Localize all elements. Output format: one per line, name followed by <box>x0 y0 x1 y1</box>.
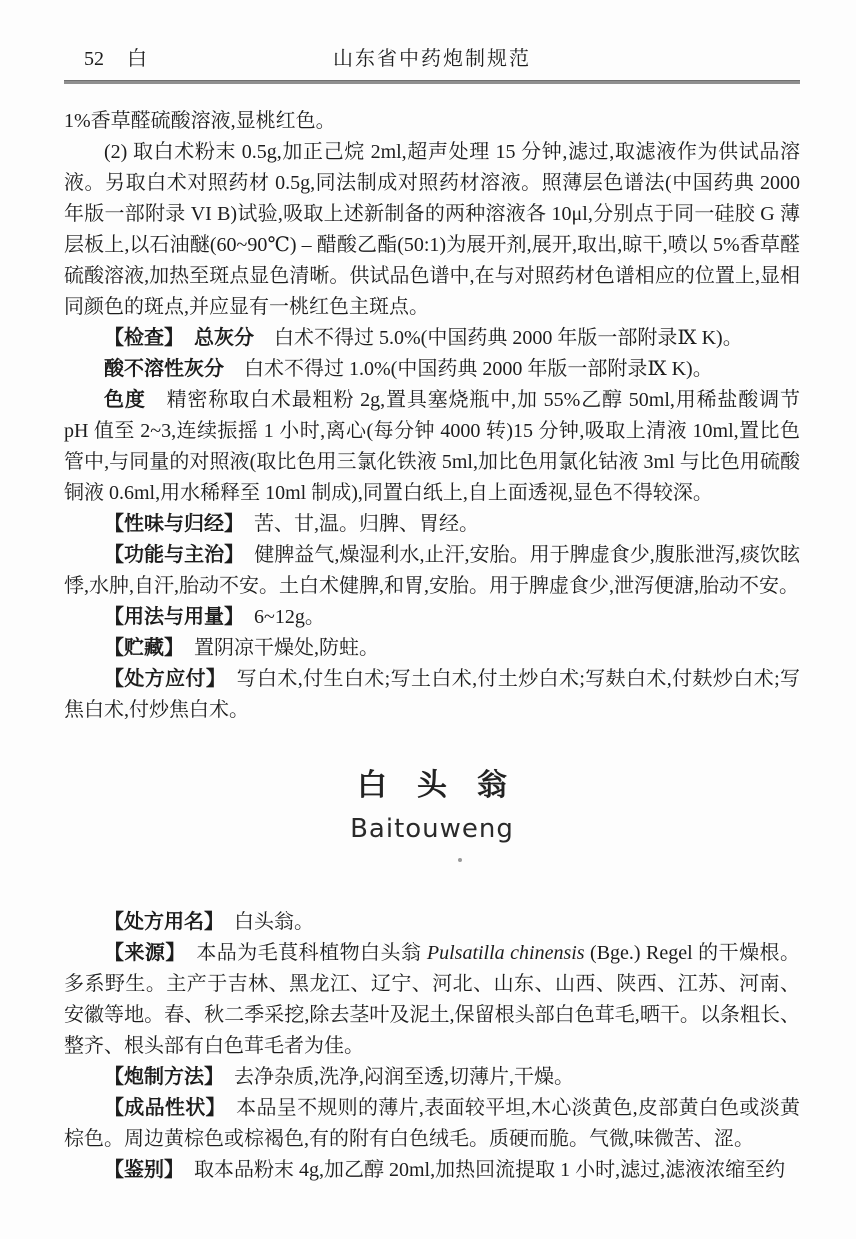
running-head: 52 白 山东省中药炮制规范 <box>64 46 800 72</box>
text-segment: 酸不溶性灰分 <box>104 358 224 380</box>
paragraph: 【处方用名】 白头翁。 <box>64 907 800 938</box>
text-segment: 白术不得过 5.0%(中国药典 2000 年版一部附录Ⅸ K)。 <box>254 327 743 349</box>
paragraph: (2) 取白术粉末 0.5g,加正己烷 2ml,超声处理 15 分钟,滤过,取滤… <box>64 137 800 323</box>
section-label: 【炮制方法】 <box>104 1066 214 1088</box>
paragraph: 【成品性状】 本品呈不规则的薄片,表面较平坦,木心淡黄色,皮部黄白色或淡黄棕色。… <box>64 1093 800 1155</box>
paragraph: 【检查】 总灰分 白术不得过 5.0%(中国药典 2000 年版一部附录Ⅸ K)… <box>64 323 800 354</box>
header-rule <box>64 80 800 84</box>
text-segment: Pulsatilla chinensis <box>427 942 585 964</box>
section-label: 【来源】 <box>104 942 176 964</box>
section-label: 【性味与归经】 <box>104 513 234 535</box>
paragraph: 【用法与用量】 6~12g。 <box>64 602 800 633</box>
text-segment: 总灰分 <box>174 327 254 349</box>
scan-artifact-dot <box>458 858 462 862</box>
baizhu-text-block: 1%香草醛硫酸溶液,显桃红色。(2) 取白术粉末 0.5g,加正己烷 2ml,超… <box>64 106 800 726</box>
text-segment: 白术不得过 1.0%(中国药典 2000 年版一部附录Ⅸ K)。 <box>224 358 713 380</box>
text-segment: 取本品粉末 4g,加乙醇 20ml,加热回流提取 1 小时,滤过,滤液浓缩至约 <box>174 1159 785 1181</box>
section-label: 【处方应付】 <box>104 668 216 690</box>
drug-heading: 白 头 翁 Baitouweng <box>64 768 800 845</box>
paragraph: 【贮藏】 置阴凉干燥处,防蛀。 <box>64 633 800 664</box>
paragraph: 【功能与主治】 健脾益气,燥湿利水,止汗,安胎。用于脾虚食少,腹胀泄泻,痰饮眩悸… <box>64 540 800 602</box>
section-label: 【成品性状】 <box>104 1097 216 1119</box>
page-content: 52 白 山东省中药炮制规范 1%香草醛硫酸溶液,显桃红色。(2) 取白术粉末 … <box>64 0 800 1186</box>
text-segment: 白头翁。 <box>214 911 314 933</box>
paragraph: 色度 精密称取白术最粗粉 2g,置具塞烧瓶中,加 55%乙醇 50ml,用稀盐酸… <box>64 385 800 509</box>
paragraph: 【来源】 本品为毛茛科植物白头翁 Pulsatilla chinensis (B… <box>64 938 800 1062</box>
text-segment: 置阴凉干燥处,防蛀。 <box>174 637 379 659</box>
text-segment: 色度 <box>104 389 146 411</box>
text-segment: 苦、甘,温。归脾、胃经。 <box>234 513 479 535</box>
drug-name-pinyin: Baitouweng <box>64 814 800 845</box>
section-label: 【用法与用量】 <box>104 606 234 628</box>
section-label: 【处方用名】 <box>104 911 214 933</box>
paragraph: 【炮制方法】 去净杂质,洗净,闷润至透,切薄片,干燥。 <box>64 1062 800 1093</box>
paragraph: 酸不溶性灰分 白术不得过 1.0%(中国药典 2000 年版一部附录Ⅸ K)。 <box>64 354 800 385</box>
paragraph: 【性味与归经】 苦、甘,温。归脾、胃经。 <box>64 509 800 540</box>
section-label: 【贮藏】 <box>104 637 174 659</box>
section-label: 【鉴别】 <box>104 1159 174 1181</box>
text-segment: 6~12g。 <box>234 606 325 628</box>
baitouweng-text-block: 【处方用名】 白头翁。【来源】 本品为毛茛科植物白头翁 Pulsatilla c… <box>64 907 800 1186</box>
text-segment: 精密称取白术最粗粉 2g,置具塞烧瓶中,加 55%乙醇 50ml,用稀盐酸调节 … <box>64 389 800 504</box>
section-label: 【功能与主治】 <box>104 544 234 566</box>
scanned-book-page: 52 白 山东省中药炮制规范 1%香草醛硫酸溶液,显桃红色。(2) 取白术粉末 … <box>0 0 856 1239</box>
book-title: 山东省中药炮制规范 <box>64 46 800 72</box>
paragraph: 1%香草醛硫酸溶液,显桃红色。 <box>64 106 800 137</box>
paragraph: 【鉴别】 取本品粉末 4g,加乙醇 20ml,加热回流提取 1 小时,滤过,滤液… <box>64 1155 800 1186</box>
text-segment: 1%香草醛硫酸溶液,显桃红色。 <box>64 110 336 132</box>
text-segment: 本品为毛茛科植物白头翁 <box>176 942 427 964</box>
text-segment: 去净杂质,洗净,闷润至透,切薄片,干燥。 <box>214 1066 574 1088</box>
text-segment: (2) 取白术粉末 0.5g,加正己烷 2ml,超声处理 15 分钟,滤过,取滤… <box>64 141 800 318</box>
section-label: 【检查】 <box>104 327 174 349</box>
paragraph: 【处方应付】 写白术,付生白术;写土白术,付土炒白术;写麸白术,付麸炒白术;写焦… <box>64 664 800 726</box>
drug-name-heading: 白 头 翁 <box>64 768 800 804</box>
